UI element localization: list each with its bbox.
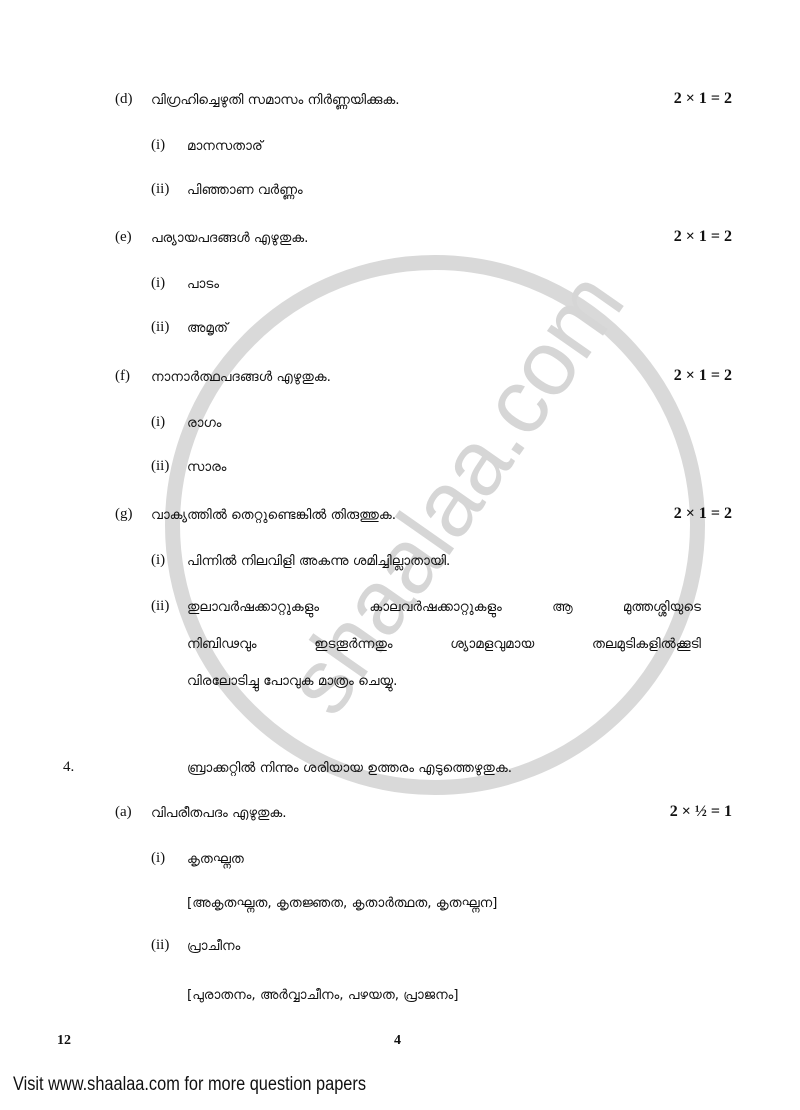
word: നിബിഢവും — [187, 635, 257, 653]
question-label: (e) — [115, 228, 132, 246]
word: ശ്യാമളവുമായ — [450, 635, 534, 653]
marks: 2 × 1 = 2 — [674, 90, 732, 108]
sub-item-label: (i) — [151, 274, 165, 292]
question-instruction: ബ്രാക്കറ്റിൽ നിന്നും ശരിയായ ഉത്തരം എടുത്… — [187, 759, 512, 777]
question-instruction: വാക്യത്തിൽ തെറ്റുണ്ടെങ്കിൽ തിരുത്തുക. — [151, 506, 396, 524]
word: തുലാവർഷക്കാറ്റുകളും — [187, 598, 319, 616]
question-instruction: വിഗ്രഹിച്ചെഴുതി സമാസം നിർണ്ണയിക്കുക. — [151, 91, 400, 109]
word: കാലവർഷക്കാറ്റുകളും — [369, 598, 502, 616]
sub-item-text: കൃതഘ്നത — [187, 850, 244, 868]
marks: 2 × ½ = 1 — [670, 803, 732, 821]
word: മുത്തശ്ശിയുടെ — [623, 598, 701, 616]
question-instruction: പര്യായപദങ്ങൾ എഴുതുക. — [151, 229, 308, 247]
sub-item-text-line: വിരലോടിച്ചു പോവുക മാത്രം ചെയ്യു. — [187, 672, 397, 690]
question-number: 4. — [63, 758, 74, 776]
word: ഇടതൂർന്നതും — [314, 635, 392, 653]
word: ആ — [552, 598, 573, 616]
question-label: (f) — [115, 367, 130, 385]
question-label: (d) — [115, 90, 133, 108]
question-instruction: വിപരീതപദം എഴുതുക. — [151, 804, 287, 822]
answer-options: [അകൃതഘ്നത, കൃതജ്ഞത, കൃതാർത്ഥത, കൃതഘ്നന] — [187, 894, 497, 912]
question-instruction: നാനാർത്ഥപദങ്ങൾ എഴുതുക. — [151, 368, 331, 386]
sub-item-text: അമൃത് — [187, 319, 228, 337]
sub-item-text: പിന്നിൽ നിലവിളി അകന്നു ശമിച്ചില്ലാതായി. — [187, 552, 450, 570]
answer-options: [പുരാതനം, അർവ്വാചീനം, പഴയത, പ്രാജനം] — [187, 986, 459, 1004]
sub-item-text: പ്രാചീനം — [187, 937, 240, 955]
sub-item-text-line: തുലാവർഷക്കാറ്റുകളും കാലവർഷക്കാറ്റുകളും ആ… — [187, 598, 701, 616]
sub-item-text: പാടം — [187, 275, 219, 293]
sub-item-text: രാഗം — [187, 414, 221, 432]
sub-item-label: (ii) — [151, 936, 169, 954]
paper-code: 12 — [57, 1033, 71, 1049]
question-label: (g) — [115, 505, 133, 523]
word: തലമുടികളിൽക്കൂടി — [592, 635, 701, 653]
page-number: 4 — [394, 1033, 401, 1049]
sub-item-text: പിഞ്ഞാണ വർണ്ണം — [187, 181, 303, 199]
sub-item-label: (i) — [151, 136, 165, 154]
marks: 2 × 1 = 2 — [674, 505, 732, 523]
sub-item-label: (ii) — [151, 597, 169, 615]
sub-item-label: (ii) — [151, 180, 169, 198]
sub-item-text: മാനസതാര് — [187, 137, 263, 155]
watermark-circle — [165, 255, 705, 795]
exam-page: shaalaa.com (d) വിഗ്രഹിച്ചെഴുതി സമാസം നി… — [0, 0, 800, 1110]
sub-item-label: (i) — [151, 849, 165, 867]
sub-item-text-line: നിബിഢവും ഇടതൂർന്നതും ശ്യാമളവുമായ തലമുടിക… — [187, 635, 701, 653]
sub-item-text: സാരം — [187, 458, 226, 476]
marks: 2 × 1 = 2 — [674, 228, 732, 246]
sub-item-label: (i) — [151, 413, 165, 431]
sub-item-label: (i) — [151, 551, 165, 569]
promo-link[interactable]: Visit www.shaalaa.com for more question … — [13, 1074, 366, 1096]
question-label: (a) — [115, 803, 132, 821]
marks: 2 × 1 = 2 — [674, 367, 732, 385]
sub-item-label: (ii) — [151, 457, 169, 475]
sub-item-label: (ii) — [151, 318, 169, 336]
